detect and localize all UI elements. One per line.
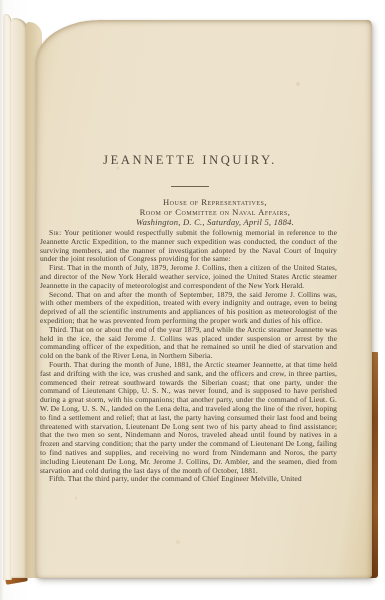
- paragraph-text: Fourth. That during the month of June, 1…: [40, 360, 337, 475]
- heading-line-2: Room of Committee on Naval Affairs,: [70, 207, 360, 217]
- paragraph-text: Your petitioner would respectfully submi…: [40, 228, 337, 263]
- heading-line-1: House of Representatives,: [70, 197, 360, 207]
- salutation-lead: Sir:: [49, 228, 61, 237]
- paragraph-text: Third. That on or about the end of the y…: [40, 325, 337, 360]
- paragraph-third: Third. That on or about the end of the y…: [40, 326, 337, 361]
- paragraph-salutation: Sir: Your petitioner would respectfully …: [40, 229, 337, 264]
- heading-line-3: Washington, D. C., Saturday, April 5, 18…: [70, 217, 360, 227]
- title-divider: [171, 186, 209, 187]
- book-page: JEANNETTE INQUIRY. House of Representati…: [36, 20, 372, 578]
- memorial-text: Sir: Your petitioner would respectfully …: [40, 229, 337, 484]
- heading-block: House of Representatives, Room of Commit…: [70, 197, 360, 228]
- paragraph-fifth: Fifth. That the third party, under the c…: [40, 475, 337, 484]
- paragraph-second: Second. That on and after the month of S…: [40, 291, 337, 326]
- page-title: JEANNETTE INQUIRY.: [40, 153, 340, 168]
- paragraph-fourth: Fourth. That during the month of June, 1…: [40, 361, 337, 475]
- paragraph-text: First. That in the month of July, 1879, …: [40, 263, 337, 290]
- paragraph-text: Second. That on and after the month of S…: [40, 290, 337, 325]
- book-photo: JEANNETTE INQUIRY. House of Representati…: [0, 0, 385, 600]
- paragraph-text: Fifth. That the third party, under the c…: [49, 474, 302, 483]
- paragraph-first: First. That in the month of July, 1879, …: [40, 264, 337, 290]
